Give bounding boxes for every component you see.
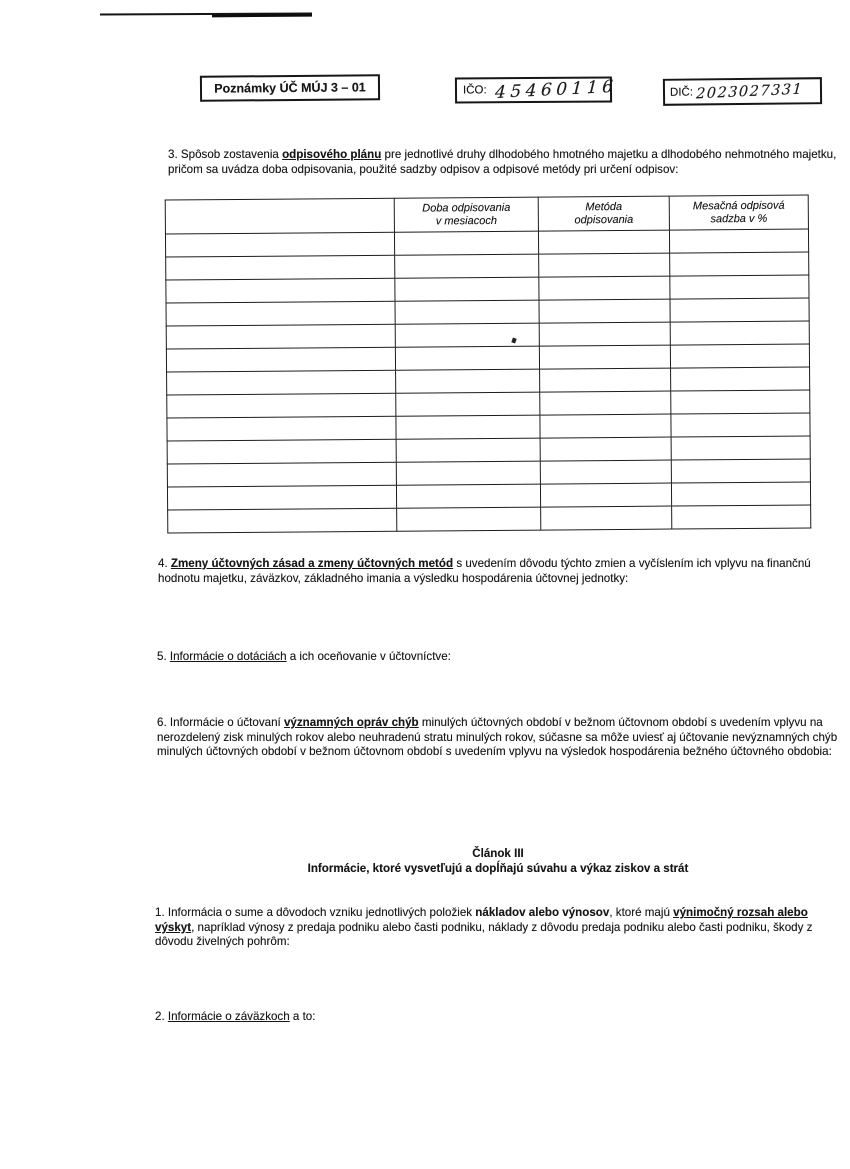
table-cell-empty	[671, 413, 810, 437]
table-cell-empty	[538, 230, 669, 254]
article-3-title: Článok III	[157, 847, 839, 862]
table-cell-empty	[396, 461, 540, 485]
table-cell-empty	[670, 321, 809, 345]
header-cell-empty	[165, 198, 394, 234]
section-3-paragraph: 3. Spôsob zostavenia odpisového plánu pr…	[168, 148, 842, 177]
ico-value-handwritten: 45460116	[494, 77, 617, 103]
table-cell-empty	[167, 393, 396, 418]
table-cell-empty	[670, 275, 809, 299]
ico-box: IČO: 45460116	[455, 76, 612, 103]
article3-paragraph-2: 2. Informácie o záväzkoch a to:	[155, 1010, 655, 1025]
section-3-underlined-term: odpisového plánu	[282, 148, 381, 161]
table-cell-empty	[396, 392, 540, 416]
section-4-underlined-term: Zmeny účtovných zásad a zmeny účtovných …	[171, 557, 453, 570]
paragraph-1-text-cont: , napríklad výnosy z predaja podniku ale…	[155, 921, 812, 949]
table-cell-empty	[539, 345, 670, 369]
table-cell-empty	[394, 231, 538, 255]
table-cell-empty	[540, 437, 671, 461]
table-cell-empty	[671, 367, 810, 391]
table-cell-empty	[670, 298, 809, 322]
table-cell-empty	[167, 439, 396, 464]
table-cell-empty	[395, 346, 539, 370]
section-3-text: 3. Spôsob zostavenia	[168, 148, 282, 161]
header-cell-depreciation-period: Doba odpisovaniav mesiacoch	[394, 197, 538, 232]
table-cell-empty	[539, 276, 670, 300]
paragraph-2-underlined-term: Informácie o záväzkoch	[168, 1010, 290, 1023]
table-cell-empty	[395, 300, 539, 324]
section-5-paragraph: 5. Informácie o dotáciách a ich oceňovan…	[157, 650, 839, 665]
table-cell-empty	[167, 416, 396, 441]
table-cell-empty	[395, 323, 539, 347]
ico-label: IČO:	[463, 84, 487, 96]
table-cell-empty	[167, 370, 396, 395]
paragraph-1-text: 1. Informácia o sume a dôvodoch vzniku j…	[155, 906, 475, 919]
paragraph-2-number: 2.	[155, 1010, 168, 1023]
table-cell-empty	[672, 505, 811, 529]
table-cell-empty	[540, 460, 671, 484]
table-cell-empty	[540, 414, 671, 438]
table-cell-empty	[540, 368, 671, 392]
table-cell-empty	[397, 507, 541, 531]
form-code-box: Poznámky ÚČ MÚJ 3 – 01	[200, 74, 380, 102]
section-5-number: 5.	[157, 650, 170, 663]
table-cell-empty	[540, 391, 671, 415]
table-cell-empty	[670, 344, 809, 368]
section-6-text: 6. Informácie o účtovaní	[157, 716, 284, 729]
table-cell-empty	[396, 415, 540, 439]
table-cell-empty	[540, 483, 671, 507]
table-cell-empty	[395, 277, 539, 301]
section-4-paragraph: 4. Zmeny účtovných zásad a zmeny účtovný…	[158, 557, 840, 586]
table-cell-empty	[539, 299, 670, 323]
table-cell-empty	[671, 459, 810, 483]
article-3-heading: Článok III Informácie, ktoré vysvetľujú …	[157, 847, 839, 876]
header-cell-depreciation-method: Metódaodpisovania	[538, 196, 669, 231]
header-cell-monthly-rate: Mesačná odpisovásadzba v %	[669, 195, 808, 230]
table-cell-empty	[396, 438, 540, 462]
table-cell-empty	[166, 301, 395, 326]
form-code-label: Poznámky ÚČ MÚJ 3 – 01	[214, 80, 366, 95]
table-cell-empty	[539, 322, 670, 346]
table-cell-empty	[395, 254, 539, 278]
section-5-underlined-term: Informácie o dotáciách	[170, 650, 287, 663]
section-5-text: a ich oceňovanie v účtovníctve:	[287, 650, 451, 663]
table-cell-empty	[541, 506, 672, 530]
table-header-row: Doba odpisovaniav mesiacoch Metódaodpiso…	[165, 195, 808, 234]
depreciation-table: Doba odpisovaniav mesiacoch Metódaodpiso…	[165, 194, 812, 533]
table-row	[168, 505, 811, 533]
table-cell-empty	[165, 232, 394, 257]
table-cell-empty	[166, 278, 395, 303]
article3-paragraph-1: 1. Informácia o sume a dôvodoch vzniku j…	[155, 906, 841, 950]
table-cell-empty	[167, 485, 396, 510]
section-6-underlined-term: významných opráv chýb	[284, 716, 419, 729]
table-cell-empty	[670, 252, 809, 276]
paragraph-1-text-mid: , ktoré majú	[609, 906, 673, 919]
table-cell-empty	[396, 369, 540, 393]
section-6-paragraph: 6. Informácie o účtovaní významných oprá…	[157, 716, 841, 760]
table-cell-empty	[539, 253, 670, 277]
dic-value-handwritten: 2023027331	[696, 81, 804, 102]
table-cell-empty	[167, 462, 396, 487]
table-cell-empty	[168, 508, 397, 533]
table-cell-empty	[671, 390, 810, 414]
section-4-number: 4.	[158, 557, 171, 570]
table-cell-empty	[669, 229, 808, 253]
table-cell-empty	[396, 484, 540, 508]
scanned-form-page: Poznámky ÚČ MÚJ 3 – 01 IČO: 45460116 DIČ…	[0, 0, 850, 1169]
pen-strike-mark-thick	[212, 14, 312, 18]
table-cell-empty	[166, 255, 395, 280]
table-cell-empty	[671, 436, 810, 460]
table-cell-empty	[166, 324, 395, 349]
paragraph-2-text: a to:	[290, 1010, 316, 1023]
article-3-subtitle: Informácie, ktoré vysvetľujú a dopĺňajú …	[157, 862, 839, 877]
depreciation-table-body	[165, 229, 810, 533]
table-cell-empty	[671, 482, 810, 506]
dic-box: DIČ: 2023027331	[663, 77, 822, 106]
paragraph-1-bold-term: nákladov alebo výnosov	[475, 906, 609, 919]
dic-label: DIČ:	[670, 86, 693, 98]
table-cell-empty	[166, 347, 395, 372]
